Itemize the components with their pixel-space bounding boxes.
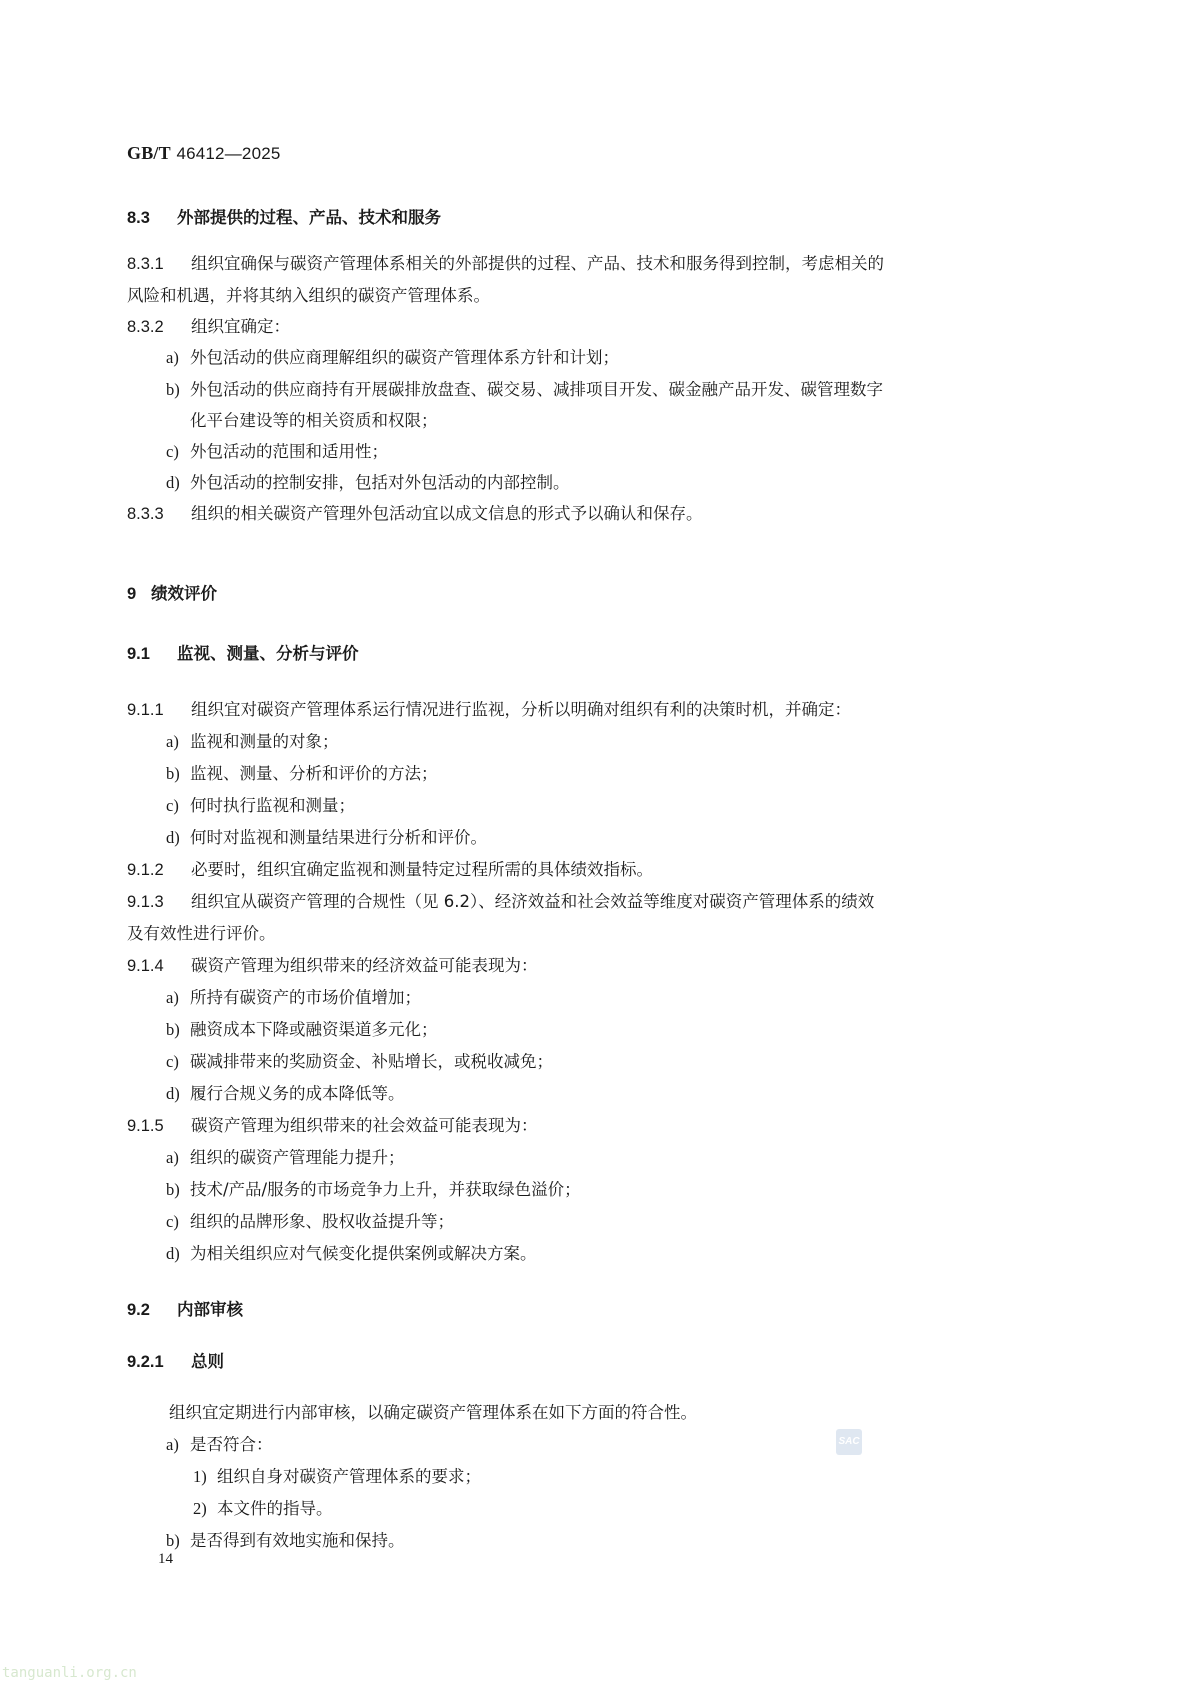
page-number: 14 [158, 1551, 173, 1568]
sub-list-item: 1)组织自身对碳资产管理体系的要求； [193, 1466, 481, 1488]
list-item: d)履行合规义务的成本降低等。 [166, 1083, 405, 1105]
clause-9-1-2: 9.1.2必要时，组织宜确定监视和测量特定过程所需的具体绩效指标。 [127, 859, 653, 881]
section-9-1-heading: 9.1监视、测量、分析与评价 [127, 643, 359, 665]
clause-9-1-1: 9.1.1组织宜对碳资产管理体系运行情况进行监视，分析以明确对组织有利的决策时机… [127, 699, 851, 721]
watermark: tanguanli.org.cn [2, 1665, 137, 1681]
list-item: c)组织的品牌形象、股权收益提升等； [166, 1211, 454, 1233]
clause-9-1-3: 9.1.3组织宜从碳资产管理的合规性（见 6.2）、经济效益和社会效益等维度对碳… [127, 891, 874, 913]
list-item: b)外包活动的供应商持有开展碳排放盘查、碳交易、减排项目开发、碳金融产品开发、碳… [166, 379, 883, 401]
clause-9-1-5: 9.1.5碳资产管理为组织带来的社会效益可能表现为： [127, 1115, 538, 1137]
list-item: a)组织的碳资产管理能力提升； [166, 1147, 405, 1169]
clause-8-3-1-cont: 风险和机遇，并将其纳入组织的碳资产管理体系。 [127, 285, 490, 307]
clause-9-2-1-intro: 组织宜定期进行内部审核，以确定碳资产管理体系在如下方面的符合性。 [169, 1402, 697, 1424]
list-item: b)是否得到有效地实施和保持。 [166, 1530, 405, 1552]
list-item: a)是否符合： [166, 1434, 273, 1456]
list-item: d)为相关组织应对气候变化提供案例或解决方案。 [166, 1243, 537, 1265]
list-item: b)监视、测量、分析和评价的方法； [166, 763, 438, 785]
list-item: b)融资成本下降或融资渠道多元化； [166, 1019, 438, 1041]
list-item: a)外包活动的供应商理解组织的碳资产管理体系方针和计划； [166, 347, 619, 369]
list-item: a)监视和测量的对象； [166, 731, 339, 753]
list-item: b)技术/产品/服务的市场竞争力上升，并获取绿色溢价； [166, 1179, 581, 1201]
document-page: GB/T 46412—2025 8.3外部提供的过程、产品、技术和服务 8.3.… [0, 0, 1190, 1684]
clause-8-3-2: 8.3.2组织宜确定： [127, 316, 290, 338]
standard-code: GB/T 46412—2025 [127, 143, 281, 164]
list-item: c)何时执行监视和测量； [166, 795, 355, 817]
standard-prefix: GB/T [127, 143, 171, 163]
list-item: c)外包活动的范围和适用性； [166, 441, 388, 463]
list-item: a)所持有碳资产的市场价值增加； [166, 987, 421, 1009]
list-item: d)何时对监视和测量结果进行分析和评价。 [166, 827, 487, 849]
list-item-cont: 化平台建设等的相关资质和权限； [190, 410, 438, 432]
section-9-heading: 9绩效评价 [127, 583, 217, 605]
clause-8-3-1: 8.3.1组织宜确保与碳资产管理体系相关的外部提供的过程、产品、技术和服务得到控… [127, 253, 884, 275]
clause-9-1-3-cont: 及有效性进行评价。 [127, 923, 276, 945]
standard-number: 46412—2025 [176, 144, 280, 163]
clause-9-2-1-heading: 9.2.1总则 [127, 1351, 224, 1373]
clause-8-3-3: 8.3.3组织的相关碳资产管理外包活动宜以成文信息的形式予以确认和保存。 [127, 503, 703, 525]
sac-logo-icon: SAC [836, 1429, 862, 1455]
sub-list-item: 2)本文件的指导。 [193, 1498, 333, 1520]
section-8-3-heading: 8.3外部提供的过程、产品、技术和服务 [127, 207, 441, 229]
clause-9-1-4: 9.1.4碳资产管理为组织带来的经济效益可能表现为： [127, 955, 538, 977]
list-item: c)碳减排带来的奖励资金、补贴增长，或税收减免； [166, 1051, 553, 1073]
section-9-2-heading: 9.2内部审核 [127, 1299, 243, 1321]
list-item: d)外包活动的控制安排，包括对外包活动的内部控制。 [166, 472, 570, 494]
